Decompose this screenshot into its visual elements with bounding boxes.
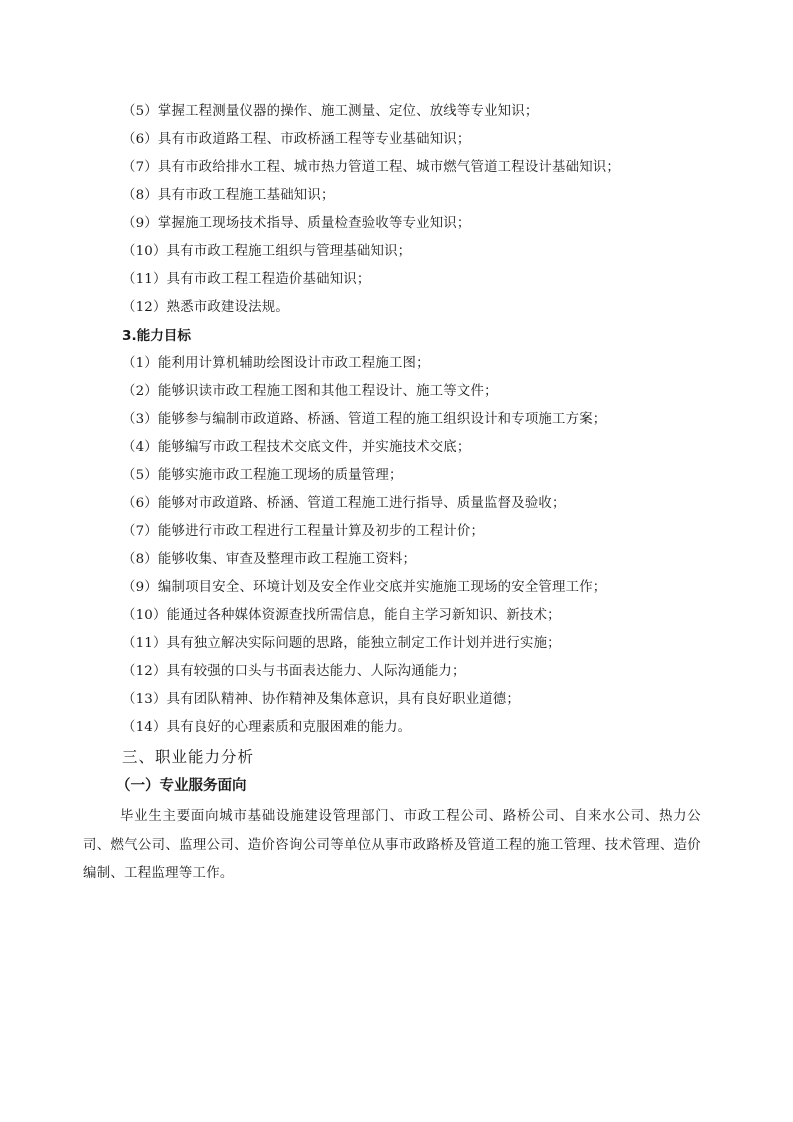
subsection-heading: （一）专业服务面向 (116, 775, 247, 797)
knowledge-item: （5）掌握工程测量仪器的操作、施工测量、定位、放线等专业知识； (122, 102, 538, 122)
knowledge-item: （8）具有市政工程施工基础知识； (122, 186, 335, 206)
ability-heading: 3.能力目标 (122, 326, 191, 346)
knowledge-item: （11）具有市政工程工程造价基础知识； (122, 270, 370, 290)
ability-item: （12）具有较强的口头与书面表达能力、人际沟通能力； (122, 662, 466, 682)
section-heading: 三、职业能力分析 (122, 746, 254, 768)
ability-item: （9）编制项目安全、环境计划及安全作业交底并实施施工现场的安全管理工作； (122, 578, 606, 598)
ability-item: （3）能够参与编制市政道路、桥涵、管道工程的施工组织设计和专项施工方案； (122, 410, 606, 430)
knowledge-item: （7）具有市政给排水工程、城市热力管道工程、城市燃气管道工程设计基础知识； (122, 158, 620, 178)
ability-item: （10）能通过各种媒体资源查找所需信息，能自主学习新知识、新技术； (122, 606, 561, 626)
ability-item: （2）能够识读市政工程施工图和其他工程设计、施工等文件； (122, 382, 498, 402)
ability-item: （7）能够进行市政工程进行工程量计算及初步的工程计价； (122, 522, 484, 542)
knowledge-item: （12）熟悉市政建设法规。 (122, 298, 289, 318)
ability-item: （13）具有团队精神、协作精神及集体意识，具有良好职业道德； (122, 690, 520, 710)
document-page: （5）掌握工程测量仪器的操作、施工测量、定位、放线等专业知识； （6）具有市政道… (0, 0, 793, 1122)
ability-item: （11）具有独立解决实际问题的思路，能独立制定工作计划并进行实施； (122, 634, 561, 654)
ability-item: （1）能利用计算机辅助绘图设计市政工程施工图； (122, 354, 430, 374)
ability-item: （4）能够编写市政工程技术交底文件，并实施技术交底； (122, 438, 470, 458)
knowledge-item: （9）掌握施工现场技术指导、质量检查验收等专业知识； (122, 214, 470, 234)
ability-item: （5）能够实施市政工程施工现场的质量管理； (122, 466, 403, 486)
ability-item: （6）能够对市政道路、桥涵、管道工程施工进行指导、质量监督及验收； (122, 494, 566, 514)
ability-item: （8）能够收集、审查及整理市政工程施工资料； (122, 550, 416, 570)
ability-item: （14）具有良好的心理素质和克服困难的能力。 (122, 718, 411, 738)
knowledge-item: （6）具有市政道路工程、市政桥涵工程等专业基础知识； (122, 130, 470, 150)
knowledge-item: （10）具有市政工程施工组织与管理基础知识； (122, 242, 411, 262)
body-paragraph: 毕业生主要面向城市基础设施建设管理部门、市政工程公司、路桥公司、自来水公司、热力… (83, 803, 701, 889)
